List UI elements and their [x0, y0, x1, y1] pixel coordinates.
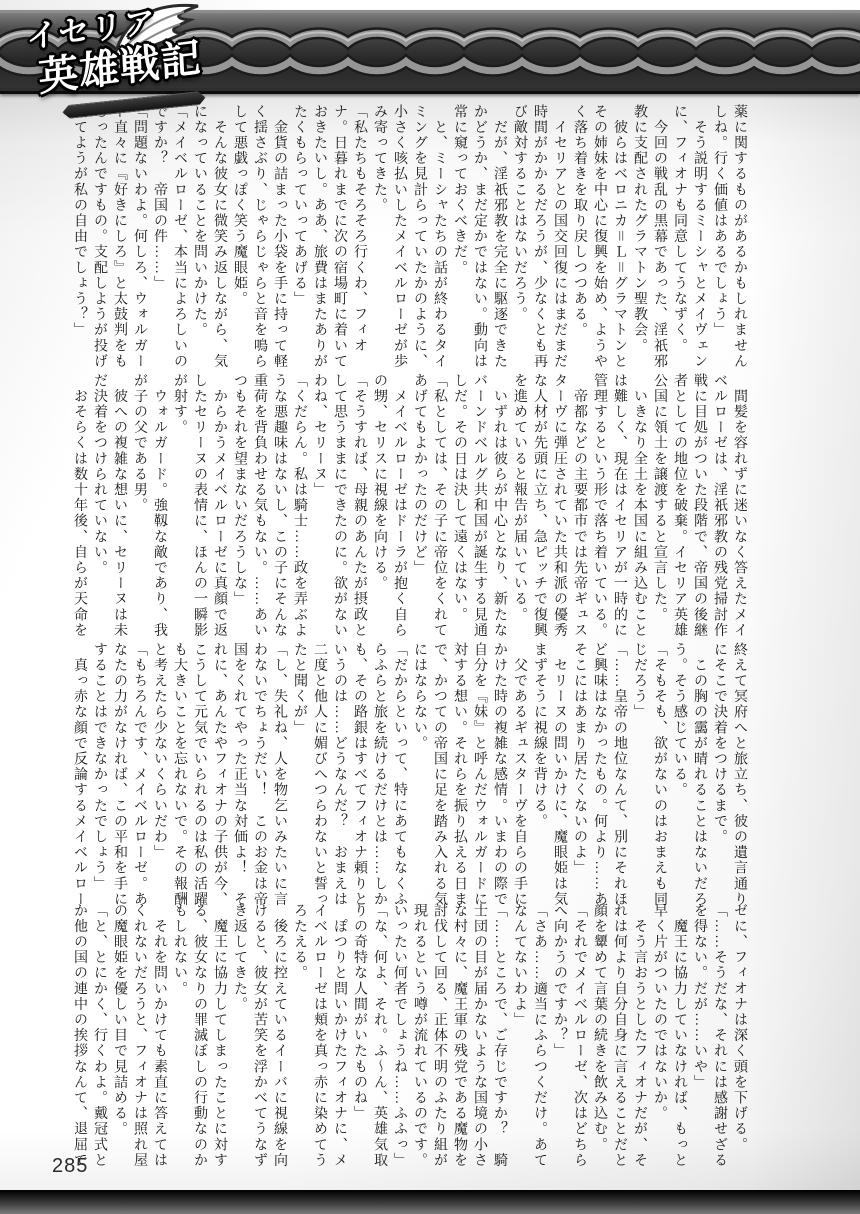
- footer-bar: [0, 1190, 860, 1214]
- text-band-3: 終えて冥府へと旅立ち、彼の遺言通りにそこで決着をつけるまで。 この胸の靄が晴れる…: [55, 642, 749, 909]
- series-logo: イセリア 英雄戦記: [16, 2, 226, 114]
- book-page: イセリア 英雄戦記 薬に関するものがあるかもしれませんしね。行く価値はあるでしょ…: [0, 0, 860, 1214]
- text-band-2: 間髪を容れずに迷いなく答えたメイベルローゼは、淫祇邪教の残党掃討作戦に目処がつい…: [55, 373, 749, 640]
- text-band-1: 薬に関するものがあるかもしれませんしね。行く価値はあるでしょう」 そう説明するミ…: [55, 104, 749, 371]
- text-band-4: ゼに、フィオナは深く頭を下げる。 「……そうだな、それには感謝せざるを得ない。だ…: [55, 903, 749, 1170]
- page-number: 285: [52, 1155, 88, 1178]
